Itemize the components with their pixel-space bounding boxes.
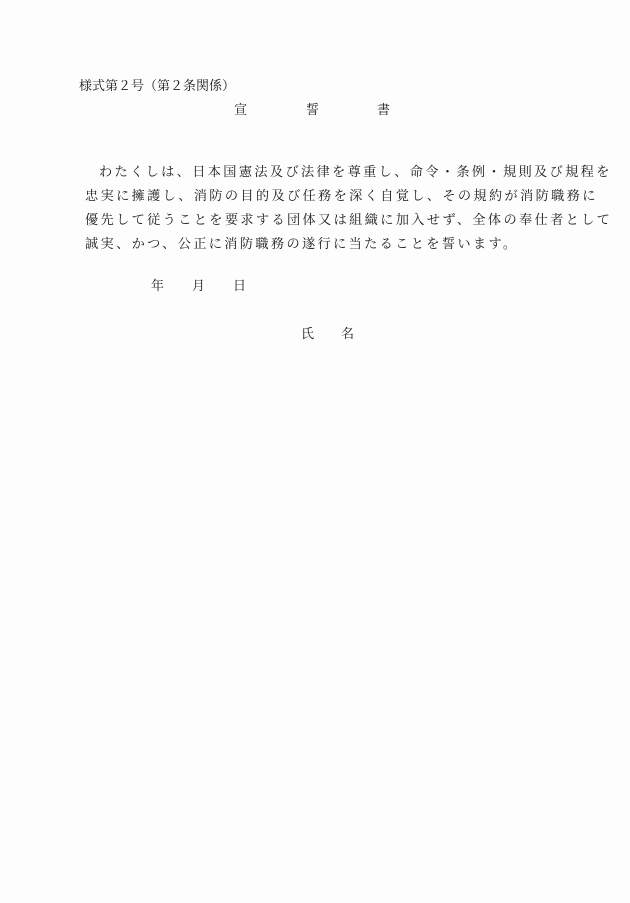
oath-line: 忠実に擁護し、消防の目的及び任務を深く自覚し、その規約が消防職務に xyxy=(85,185,555,209)
oath-line: 優先して従うことを要求する団体又は組織に加入せず、全体の奉仕者として xyxy=(85,209,555,233)
title-char-sho: 書 xyxy=(377,103,390,119)
document-page: 様式第２号（第２条関係） 宣 誓 書 わたくしは、日本国憲法及び法律を尊重し、命… xyxy=(0,0,630,903)
date-year-label: 年 xyxy=(151,279,164,295)
date-month-label: 月 xyxy=(192,279,205,295)
oath-line: わたくしは、日本国憲法及び法律を尊重し、命令・条例・規則及び規程を xyxy=(85,161,555,185)
name-label-shi: 氏 xyxy=(301,327,314,343)
title-char-sen: 宣 xyxy=(234,103,247,119)
form-number-label: 様式第２号（第２条関係） xyxy=(79,79,235,95)
oath-body: わたくしは、日本国憲法及び法律を尊重し、命令・条例・規則及び規程を 忠実に擁護し… xyxy=(85,161,555,257)
date-day-label: 日 xyxy=(233,279,246,295)
name-label-mei: 名 xyxy=(341,327,354,343)
oath-line: 誠実、かつ、公正に消防職務の遂行に当たることを誓います。 xyxy=(85,233,555,257)
title-char-sei: 誓 xyxy=(306,103,319,119)
